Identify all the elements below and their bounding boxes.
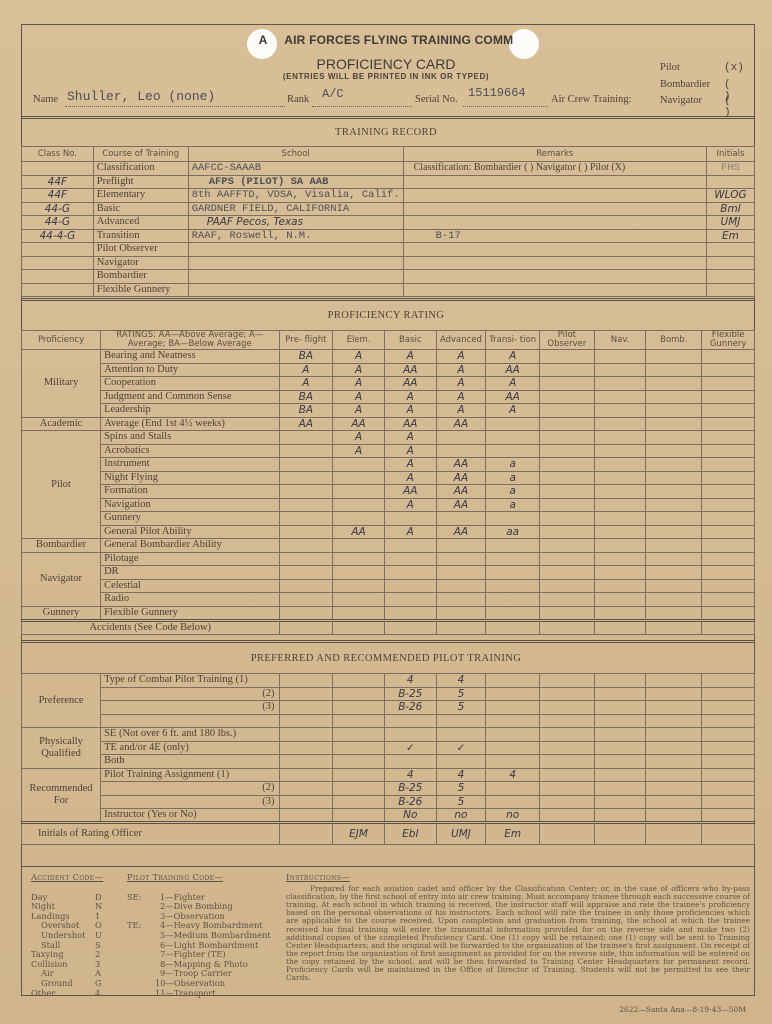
rating-cell[interactable] [384, 593, 436, 607]
pilot-training-cell[interactable] [279, 701, 333, 715]
pilot-training-cell[interactable] [594, 795, 646, 809]
initials-cell[interactable] [706, 175, 754, 189]
rating-cell[interactable] [702, 593, 755, 607]
rating-cell[interactable] [594, 350, 646, 364]
rating-cell[interactable] [702, 417, 755, 431]
pilot-training-cell[interactable] [702, 674, 755, 688]
rating-cell[interactable] [333, 458, 385, 472]
pilot-training-cell[interactable] [702, 701, 755, 715]
pilot-training-cell[interactable] [333, 728, 385, 742]
pilot-training-cell[interactable] [540, 809, 595, 823]
rating-cell[interactable] [279, 431, 333, 445]
rating-cell[interactable] [486, 593, 540, 607]
rating-cell[interactable] [333, 512, 385, 526]
rating-cell[interactable] [486, 417, 540, 431]
rating-cell[interactable]: A [384, 471, 436, 485]
rating-cell[interactable]: AA [436, 458, 486, 472]
pilot-training-cell[interactable] [594, 741, 646, 755]
pilot-training-cell[interactable] [279, 728, 333, 742]
rating-cell[interactable] [540, 539, 595, 553]
class-no-cell[interactable] [22, 162, 94, 176]
pilot-training-cell[interactable] [702, 755, 755, 769]
pilot-training-cell[interactable] [279, 768, 333, 782]
rating-cell[interactable] [594, 525, 646, 539]
rating-cell[interactable]: AA [384, 485, 436, 499]
rating-cell[interactable] [486, 579, 540, 593]
rating-cell[interactable] [540, 512, 595, 526]
pilot-training-cell[interactable]: 4 [384, 768, 436, 782]
pilot-training-cell[interactable] [486, 728, 540, 742]
rating-cell[interactable]: BA [279, 404, 333, 418]
rating-cell[interactable] [486, 552, 540, 566]
rating-cell[interactable]: a [486, 471, 540, 485]
rating-cell[interactable] [436, 512, 486, 526]
rating-cell[interactable] [540, 606, 595, 620]
accident-cell[interactable] [384, 620, 436, 634]
rating-cell[interactable] [279, 593, 333, 607]
pilot-training-cell[interactable] [702, 795, 755, 809]
rating-cell[interactable] [540, 498, 595, 512]
rating-cell[interactable] [702, 377, 755, 391]
school-cell[interactable] [188, 270, 403, 284]
pilot-training-cell[interactable] [540, 782, 595, 796]
pilot-training-cell[interactable] [540, 795, 595, 809]
rating-cell[interactable] [702, 566, 755, 580]
school-cell[interactable]: PAAF Pecos, Texas [188, 216, 403, 230]
rank-field[interactable]: A/C [322, 87, 344, 101]
rating-cell[interactable]: A [384, 444, 436, 458]
rating-officer-initials-cell[interactable]: EJM [333, 823, 385, 845]
pilot-training-cell[interactable]: no [436, 809, 486, 823]
pilot-training-cell[interactable] [702, 809, 755, 823]
pilot-training-cell[interactable] [646, 782, 702, 796]
rating-cell[interactable]: A [333, 363, 385, 377]
pilot-training-cell[interactable] [646, 714, 702, 728]
rating-cell[interactable] [279, 552, 333, 566]
rating-cell[interactable] [540, 593, 595, 607]
accident-cell[interactable] [540, 620, 595, 634]
pilot-training-cell[interactable] [702, 714, 755, 728]
rating-cell[interactable] [702, 579, 755, 593]
rating-cell[interactable] [279, 606, 333, 620]
rating-cell[interactable]: A [486, 350, 540, 364]
rating-cell[interactable] [540, 525, 595, 539]
rating-cell[interactable] [594, 498, 646, 512]
accident-cell[interactable] [436, 620, 486, 634]
rating-cell[interactable] [702, 404, 755, 418]
pilot-training-cell[interactable] [486, 687, 540, 701]
pilot-training-cell[interactable] [594, 809, 646, 823]
school-cell[interactable]: 8th AAFFTD, VDSA, Visalia, Calif. [188, 189, 403, 203]
rating-cell[interactable] [540, 579, 595, 593]
rating-cell[interactable]: A [384, 458, 436, 472]
initials-cell[interactable]: Bml [706, 202, 754, 216]
class-no-cell[interactable] [22, 256, 94, 270]
class-no-cell[interactable]: 44F [22, 175, 94, 189]
rating-cell[interactable] [594, 593, 646, 607]
rating-cell[interactable] [594, 606, 646, 620]
pilot-training-cell[interactable]: 4 [436, 768, 486, 782]
pilot-training-cell[interactable]: ✓ [384, 741, 436, 755]
pilot-training-cell[interactable] [333, 741, 385, 755]
school-cell[interactable]: AFPS (PILOT) SA AAB [188, 175, 403, 189]
pilot-training-cell[interactable] [333, 782, 385, 796]
remarks-cell[interactable] [403, 283, 706, 297]
rating-cell[interactable] [594, 363, 646, 377]
rating-cell[interactable] [540, 458, 595, 472]
rating-cell[interactable] [540, 552, 595, 566]
rating-cell[interactable] [646, 552, 702, 566]
pilot-training-cell[interactable] [594, 701, 646, 715]
pilot-training-cell[interactable] [486, 795, 540, 809]
rating-cell[interactable] [333, 485, 385, 499]
rating-cell[interactable]: a [486, 485, 540, 499]
rating-cell[interactable] [594, 552, 646, 566]
school-cell[interactable] [188, 243, 403, 257]
accident-cell[interactable] [486, 620, 540, 634]
rating-cell[interactable] [702, 471, 755, 485]
rating-cell[interactable] [279, 525, 333, 539]
rating-cell[interactable] [436, 566, 486, 580]
rating-cell[interactable] [384, 512, 436, 526]
rating-cell[interactable] [436, 593, 486, 607]
rating-cell[interactable] [279, 485, 333, 499]
rating-cell[interactable] [486, 606, 540, 620]
pilot-training-cell[interactable] [594, 768, 646, 782]
rating-officer-initials-cell[interactable] [279, 823, 333, 845]
rating-cell[interactable] [646, 363, 702, 377]
rating-cell[interactable]: AA [333, 417, 385, 431]
initials-cell[interactable]: WLOG [706, 189, 754, 203]
rating-cell[interactable] [702, 552, 755, 566]
rating-cell[interactable]: A [279, 377, 333, 391]
pilot-training-cell[interactable] [702, 687, 755, 701]
rating-cell[interactable]: AA [436, 417, 486, 431]
rating-cell[interactable] [702, 390, 755, 404]
name-field[interactable]: Shuller, Leo (none) [67, 89, 215, 104]
rating-cell[interactable]: A [436, 390, 486, 404]
rating-cell[interactable] [702, 539, 755, 553]
pilot-training-cell[interactable] [279, 687, 333, 701]
initials-cell[interactable]: Em [706, 229, 754, 243]
rating-cell[interactable] [594, 579, 646, 593]
rating-cell[interactable]: A [384, 525, 436, 539]
pilot-training-cell[interactable] [646, 701, 702, 715]
rating-cell[interactable] [646, 444, 702, 458]
rating-cell[interactable] [333, 566, 385, 580]
rating-cell[interactable] [646, 377, 702, 391]
rating-officer-initials-cell[interactable]: Ebl [384, 823, 436, 845]
rating-cell[interactable] [594, 417, 646, 431]
pilot-training-cell[interactable] [333, 687, 385, 701]
rating-cell[interactable] [540, 431, 595, 445]
remarks-cell[interactable] [403, 175, 706, 189]
pilot-training-cell[interactable] [279, 809, 333, 823]
pilot-training-cell[interactable] [646, 674, 702, 688]
initials-cell[interactable] [706, 243, 754, 257]
pilot-training-cell[interactable] [486, 714, 540, 728]
rating-cell[interactable] [540, 566, 595, 580]
rating-cell[interactable] [540, 377, 595, 391]
rating-cell[interactable] [540, 404, 595, 418]
pilot-training-cell[interactable] [540, 768, 595, 782]
pilot-training-cell[interactable] [540, 728, 595, 742]
rating-cell[interactable] [540, 471, 595, 485]
accident-cell[interactable] [594, 620, 646, 634]
rating-cell[interactable] [486, 512, 540, 526]
rating-cell[interactable] [646, 471, 702, 485]
rating-cell[interactable]: BA [279, 390, 333, 404]
pilot-training-cell[interactable]: B-25 [384, 782, 436, 796]
class-no-cell[interactable] [22, 243, 94, 257]
pilot-training-cell[interactable] [540, 701, 595, 715]
remarks-cell[interactable]: B-17 [403, 229, 706, 243]
rating-cell[interactable] [436, 552, 486, 566]
rating-cell[interactable] [646, 606, 702, 620]
rating-cell[interactable] [702, 431, 755, 445]
pilot-training-cell[interactable] [279, 674, 333, 688]
rating-cell[interactable] [646, 417, 702, 431]
rating-cell[interactable]: AA [486, 390, 540, 404]
rating-cell[interactable] [333, 606, 385, 620]
rating-cell[interactable] [594, 431, 646, 445]
rating-cell[interactable]: a [486, 498, 540, 512]
rating-cell[interactable] [333, 552, 385, 566]
pilot-training-cell[interactable] [279, 755, 333, 769]
remarks-cell[interactable] [403, 189, 706, 203]
rating-cell[interactable]: A [333, 350, 385, 364]
class-no-cell[interactable]: 44-G [22, 202, 94, 216]
pilot-training-cell[interactable] [333, 674, 385, 688]
rating-cell[interactable]: A [279, 363, 333, 377]
pilot-training-cell[interactable] [486, 741, 540, 755]
accident-cell[interactable] [279, 620, 333, 634]
pilot-training-cell[interactable] [646, 768, 702, 782]
rating-cell[interactable] [436, 606, 486, 620]
rating-cell[interactable] [702, 458, 755, 472]
rating-cell[interactable] [594, 471, 646, 485]
pilot-training-cell[interactable] [279, 741, 333, 755]
pilot-training-cell[interactable] [594, 755, 646, 769]
rating-cell[interactable] [594, 404, 646, 418]
pilot-training-cell[interactable] [436, 755, 486, 769]
class-no-cell[interactable]: 44-4-G [22, 229, 94, 243]
rating-cell[interactable] [646, 458, 702, 472]
remarks-cell[interactable] [403, 202, 706, 216]
rating-cell[interactable]: A [333, 390, 385, 404]
pilot-training-cell[interactable] [486, 674, 540, 688]
rating-officer-initials-cell[interactable] [646, 823, 702, 845]
rating-officer-initials-cell[interactable]: UMJ [436, 823, 486, 845]
rating-cell[interactable] [486, 444, 540, 458]
initials-cell[interactable]: FHS [706, 162, 754, 176]
rating-cell[interactable]: BA [279, 350, 333, 364]
rating-cell[interactable]: AA [436, 525, 486, 539]
rating-cell[interactable] [436, 579, 486, 593]
pilot-training-cell[interactable] [646, 687, 702, 701]
rating-cell[interactable] [540, 350, 595, 364]
rating-officer-initials-cell[interactable] [702, 823, 755, 845]
pilot-training-cell[interactable] [594, 674, 646, 688]
pilot-training-cell[interactable] [384, 714, 436, 728]
school-cell[interactable]: AAFCC-SAAAB [188, 162, 403, 176]
rating-cell[interactable] [279, 444, 333, 458]
school-cell[interactable] [188, 283, 403, 297]
pilot-training-cell[interactable]: 5 [436, 687, 486, 701]
remarks-cell[interactable] [403, 270, 706, 284]
rating-cell[interactable] [279, 579, 333, 593]
rating-cell[interactable]: A [436, 363, 486, 377]
rating-cell[interactable]: AA [486, 363, 540, 377]
remarks-cell[interactable]: Classification: Bombardier ( ) Navigator… [403, 162, 706, 176]
pilot-training-cell[interactable] [702, 728, 755, 742]
pilot-training-cell[interactable]: 5 [436, 795, 486, 809]
rating-cell[interactable] [333, 539, 385, 553]
pilot-training-cell[interactable] [540, 741, 595, 755]
rating-cell[interactable]: AA [436, 471, 486, 485]
pilot-training-cell[interactable] [333, 701, 385, 715]
rating-cell[interactable] [646, 579, 702, 593]
pilot-training-cell[interactable] [702, 741, 755, 755]
pilot-training-cell[interactable] [384, 755, 436, 769]
rating-cell[interactable] [436, 431, 486, 445]
initials-cell[interactable] [706, 270, 754, 284]
rating-cell[interactable] [384, 606, 436, 620]
rating-cell[interactable]: A [486, 404, 540, 418]
rating-cell[interactable]: A [384, 404, 436, 418]
rating-cell[interactable] [384, 552, 436, 566]
accident-cell[interactable] [646, 620, 702, 634]
pilot-training-cell[interactable]: 4 [436, 674, 486, 688]
pilot-training-cell[interactable] [594, 782, 646, 796]
pilot-training-cell[interactable] [594, 714, 646, 728]
rating-cell[interactable]: A [436, 377, 486, 391]
pilot-training-cell[interactable] [436, 714, 486, 728]
rating-cell[interactable] [646, 431, 702, 445]
rating-cell[interactable] [279, 471, 333, 485]
rating-cell[interactable] [540, 417, 595, 431]
school-cell[interactable] [188, 256, 403, 270]
rating-cell[interactable] [594, 458, 646, 472]
pilot-training-cell[interactable] [486, 701, 540, 715]
pilot-training-cell[interactable]: B-26 [384, 701, 436, 715]
rating-cell[interactable] [540, 363, 595, 377]
pilot-training-cell[interactable] [486, 782, 540, 796]
rating-cell[interactable] [279, 498, 333, 512]
rating-cell[interactable] [540, 390, 595, 404]
pilot-training-cell[interactable] [333, 714, 385, 728]
rating-cell[interactable] [333, 498, 385, 512]
pilot-training-cell[interactable] [702, 782, 755, 796]
rating-cell[interactable] [646, 485, 702, 499]
class-no-cell[interactable] [22, 270, 94, 284]
rating-cell[interactable] [702, 525, 755, 539]
school-cell[interactable]: GARDNER FIELD, CALIFORNIA [188, 202, 403, 216]
rating-cell[interactable] [646, 539, 702, 553]
class-no-cell[interactable]: 44F [22, 189, 94, 203]
pilot-training-cell[interactable] [646, 809, 702, 823]
rating-cell[interactable] [702, 350, 755, 364]
rating-cell[interactable] [646, 593, 702, 607]
rating-cell[interactable]: AA [333, 525, 385, 539]
pilot-training-cell[interactable] [646, 741, 702, 755]
rating-cell[interactable] [384, 579, 436, 593]
rating-officer-initials-cell[interactable] [594, 823, 646, 845]
class-no-cell[interactable]: 44-G [22, 216, 94, 230]
pilot-training-cell[interactable]: B-26 [384, 795, 436, 809]
pilot-training-cell[interactable] [594, 728, 646, 742]
rating-cell[interactable] [646, 512, 702, 526]
pilot-training-cell[interactable] [702, 768, 755, 782]
rating-cell[interactable] [594, 377, 646, 391]
pilot-training-cell[interactable]: 4 [384, 674, 436, 688]
initials-cell[interactable]: UMJ [706, 216, 754, 230]
pilot-training-cell[interactable] [279, 714, 333, 728]
initials-cell[interactable] [706, 283, 754, 297]
rating-cell[interactable] [594, 444, 646, 458]
rating-cell[interactable] [333, 471, 385, 485]
pilot-training-cell[interactable] [333, 755, 385, 769]
rating-cell[interactable] [486, 431, 540, 445]
rating-cell[interactable]: AA [436, 498, 486, 512]
rating-cell[interactable] [333, 579, 385, 593]
rating-cell[interactable]: A [436, 350, 486, 364]
pilot-training-cell[interactable] [646, 755, 702, 769]
rating-cell[interactable] [646, 404, 702, 418]
pilot-training-cell[interactable]: no [486, 809, 540, 823]
pilot-training-cell[interactable] [436, 728, 486, 742]
rating-cell[interactable] [594, 390, 646, 404]
rating-cell[interactable]: A [384, 390, 436, 404]
rating-officer-initials-cell[interactable]: Em [486, 823, 540, 845]
rating-cell[interactable]: AA [436, 485, 486, 499]
rating-cell[interactable] [594, 485, 646, 499]
pilot-training-cell[interactable] [333, 768, 385, 782]
rating-cell[interactable] [384, 539, 436, 553]
pilot-training-cell[interactable]: 5 [436, 782, 486, 796]
serial-field[interactable]: 15119664 [468, 86, 526, 100]
rating-cell[interactable] [279, 566, 333, 580]
pilot-training-cell[interactable] [540, 714, 595, 728]
rating-cell[interactable]: A [384, 350, 436, 364]
rating-cell[interactable]: A [384, 498, 436, 512]
rating-cell[interactable] [486, 566, 540, 580]
rating-cell[interactable] [594, 566, 646, 580]
initials-cell[interactable] [706, 256, 754, 270]
rating-cell[interactable]: A [333, 444, 385, 458]
rating-cell[interactable] [594, 512, 646, 526]
rating-cell[interactable]: AA [384, 377, 436, 391]
rating-cell[interactable] [279, 539, 333, 553]
rating-cell[interactable]: A [486, 377, 540, 391]
rating-cell[interactable] [384, 566, 436, 580]
pilot-training-cell[interactable] [646, 728, 702, 742]
pilot-training-cell[interactable] [333, 795, 385, 809]
rating-cell[interactable] [646, 350, 702, 364]
rating-cell[interactable] [540, 444, 595, 458]
rating-cell[interactable] [486, 539, 540, 553]
pilot-training-cell[interactable]: B-25 [384, 687, 436, 701]
rating-cell[interactable]: A [384, 431, 436, 445]
rating-cell[interactable] [702, 512, 755, 526]
pilot-training-cell[interactable] [333, 809, 385, 823]
rating-cell[interactable] [646, 390, 702, 404]
rating-cell[interactable]: a [486, 458, 540, 472]
pilot-training-cell[interactable] [279, 795, 333, 809]
pilot-training-cell[interactable] [540, 755, 595, 769]
rating-cell[interactable] [702, 498, 755, 512]
rating-cell[interactable] [702, 606, 755, 620]
